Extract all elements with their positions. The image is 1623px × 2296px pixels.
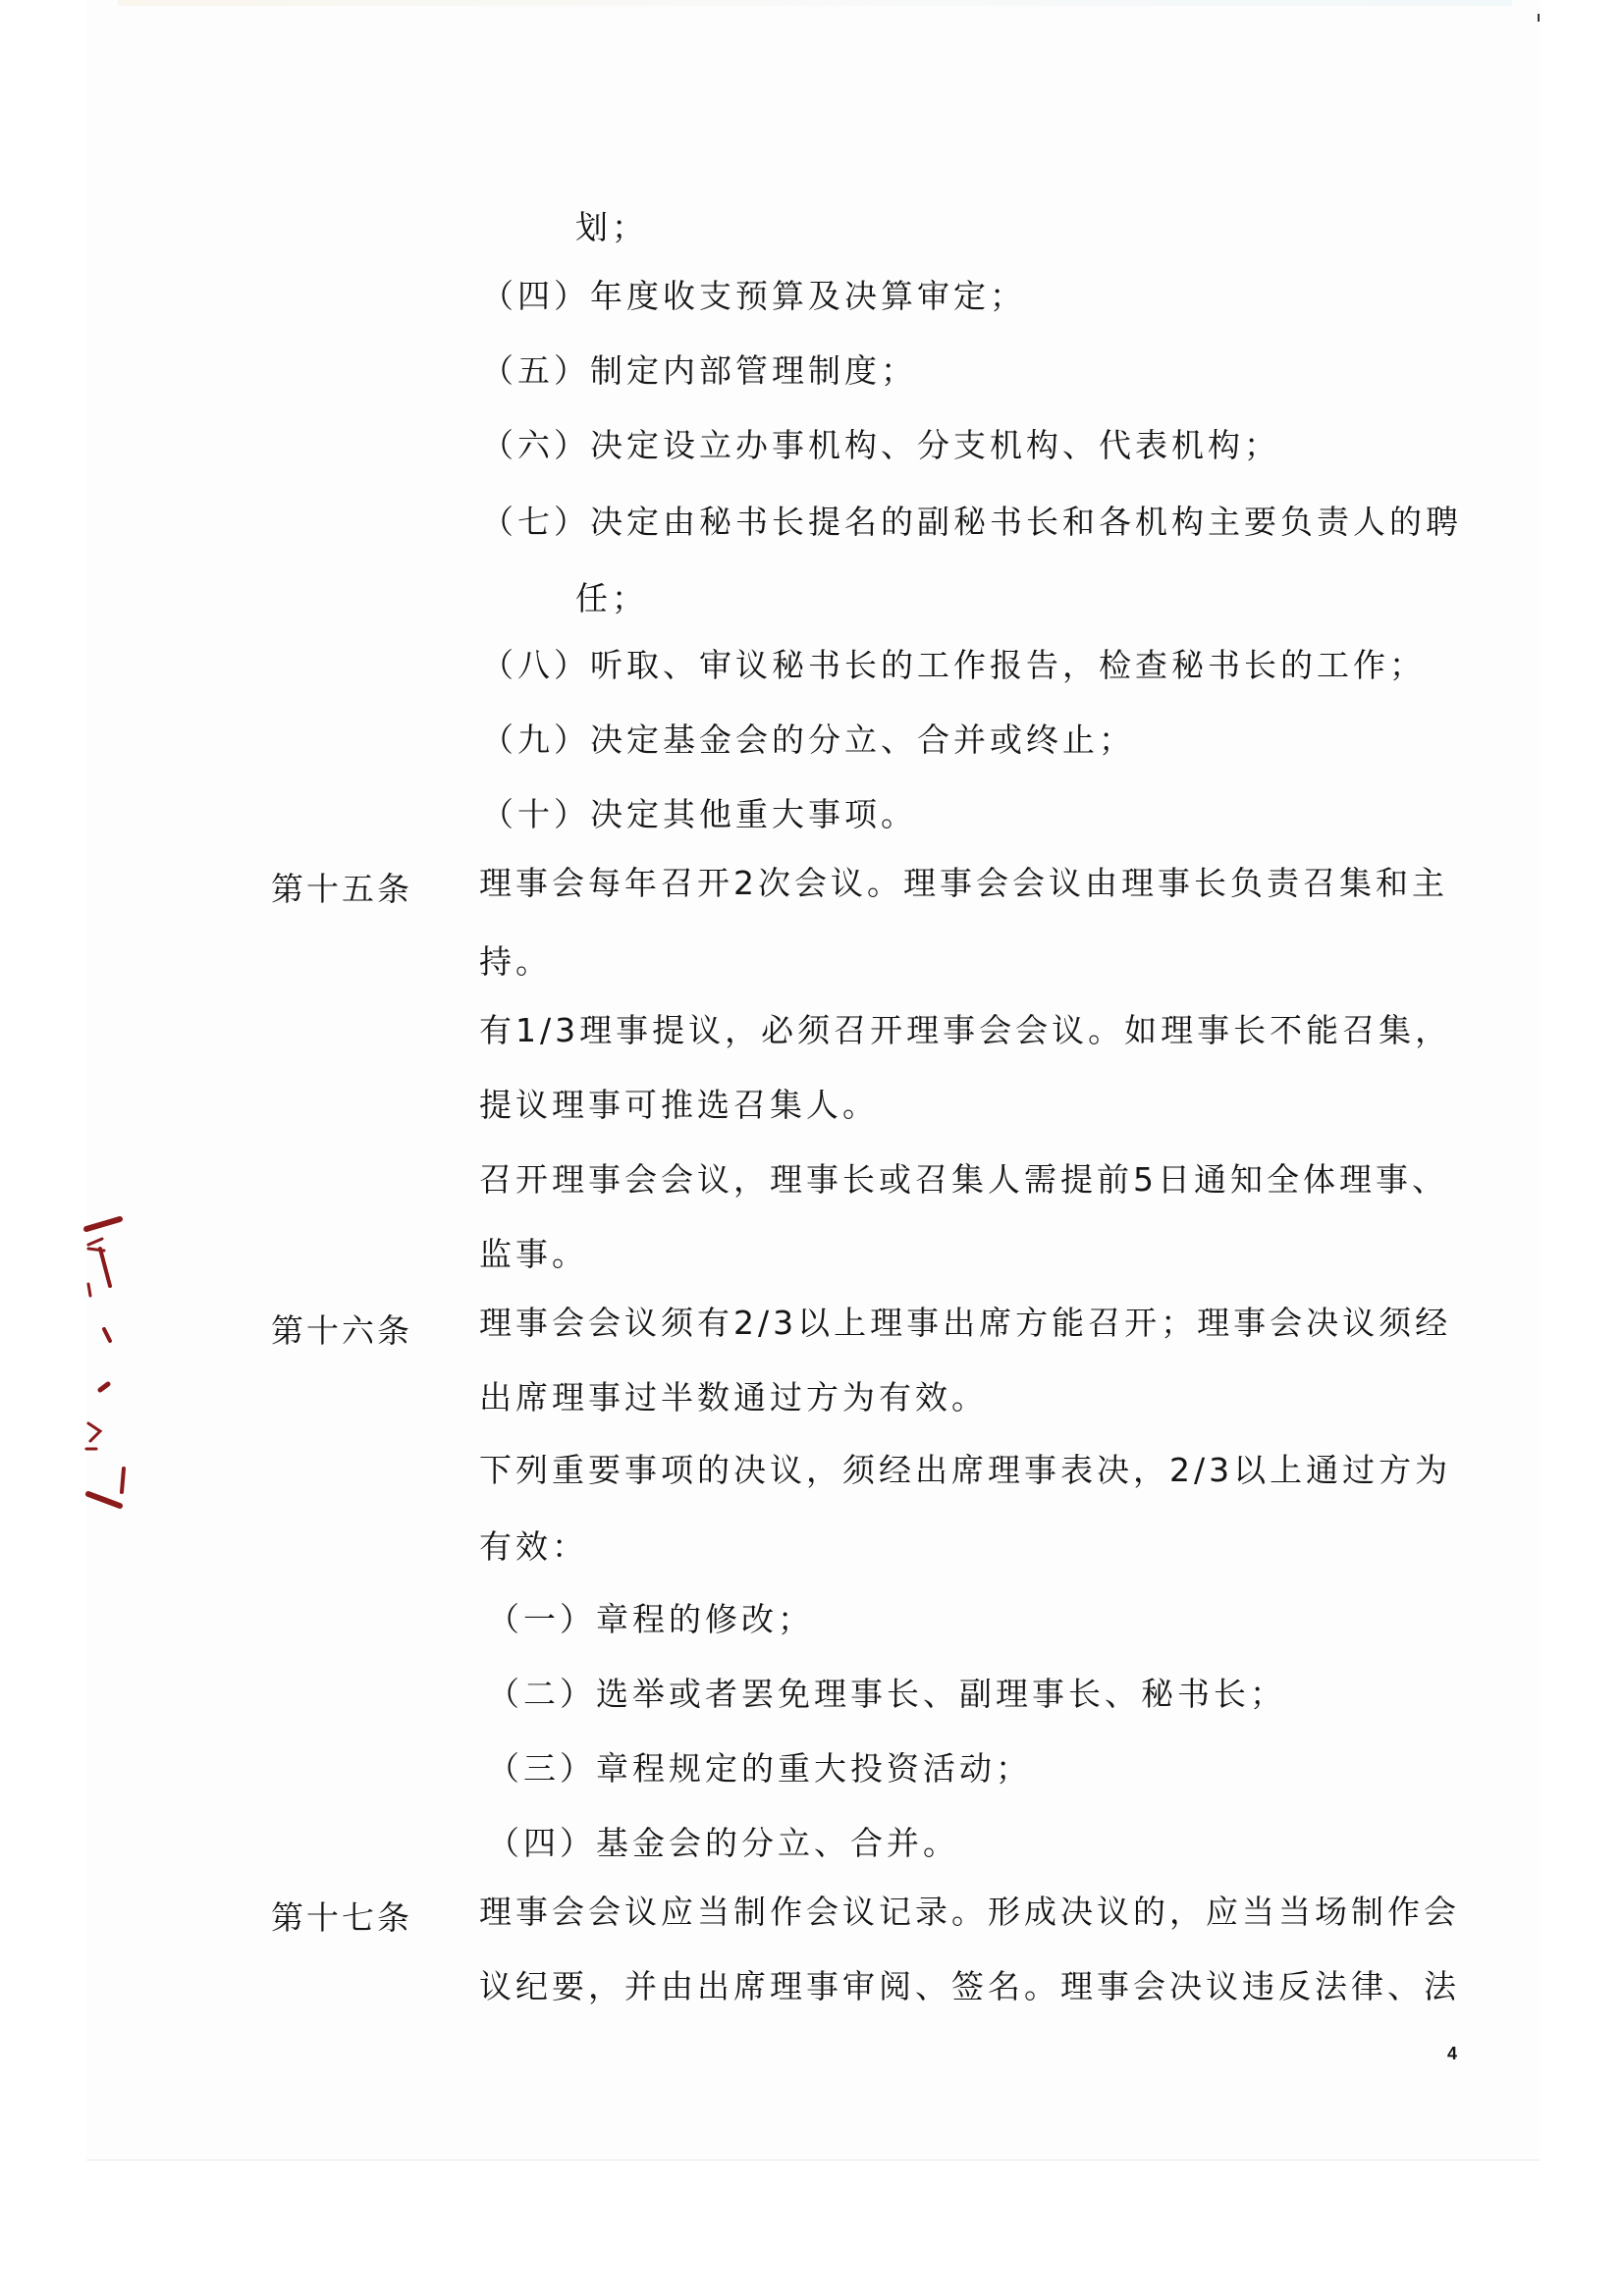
page-number: 4	[1447, 2044, 1457, 2064]
article-label: 第十五条	[271, 870, 412, 909]
list-item: （九）决定基金会的分立、合并或终止；	[481, 721, 1135, 760]
article-paragraph: 有效：	[479, 1527, 588, 1567]
scan-edge-artifact	[118, 0, 1512, 6]
article-paragraph: 有1/3理事提议，必须召开理事会会议。如理事长不能召集，	[479, 1011, 1451, 1050]
list-item: （八）听取、审议秘书长的工作报告，检查秘书长的工作；	[481, 646, 1426, 685]
article-paragraph: 召开理事会会议，理事长或召集人需提前5日通知全体理事、	[479, 1160, 1448, 1200]
list-item-continuation: 划；	[575, 208, 648, 247]
article-paragraph: 监事。	[479, 1235, 588, 1274]
list-item-continuation: 任；	[575, 579, 648, 618]
article-paragraph: 议纪要，并由出席理事审阅、签名。理事会决议违反法律、法	[479, 1967, 1460, 2006]
list-item: （四）基金会的分立、合并。	[487, 1824, 959, 1863]
list-item: （四）年度收支预算及决算审定；	[481, 277, 1026, 316]
list-item: （三）章程规定的重大投资活动；	[487, 1749, 1032, 1789]
list-item: （一）章程的修改；	[487, 1600, 814, 1639]
list-item: （二）选举或者罢免理事长、副理事长、秘书长；	[487, 1675, 1286, 1714]
article-label: 第十七条	[271, 1898, 412, 1938]
list-item: （七）决定由秘书长提名的副秘书长和各机构主要负责人的聘	[481, 503, 1462, 542]
scan-edge-mark	[1538, 14, 1540, 22]
red-seal-fragment-icon	[59, 1178, 177, 1571]
article-label: 第十六条	[271, 1311, 412, 1351]
article-paragraph: 下列重要事项的决议，须经出席理事表决，2/3以上通过方为	[479, 1451, 1451, 1490]
article-paragraph: 理事会会议须有2/3以上理事出席方能召开；理事会决议须经	[479, 1304, 1451, 1343]
article-paragraph: 理事会每年召开2次会议。理事会会议由理事长负责召集和主	[479, 864, 1448, 903]
list-item: （五）制定内部管理制度；	[481, 351, 917, 391]
list-item: （十）决定其他重大事项。	[481, 795, 917, 834]
list-item: （六）决定设立办事机构、分支机构、代表机构；	[481, 426, 1280, 465]
article-paragraph: 持。	[479, 942, 552, 982]
article-paragraph: 出席理事过半数通过方为有效。	[479, 1378, 988, 1417]
article-paragraph: 提议理事可推选召集人。	[479, 1086, 879, 1125]
article-paragraph: 理事会会议应当制作会议记录。形成决议的，应当当场制作会	[479, 1893, 1460, 1932]
